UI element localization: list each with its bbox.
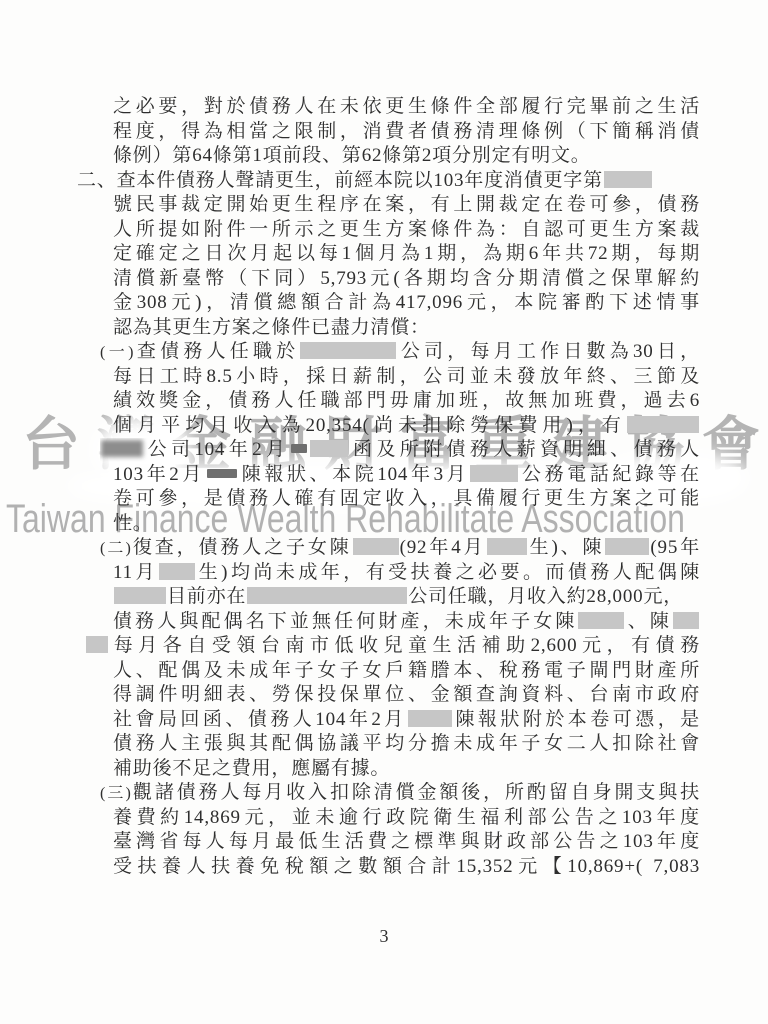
text-line: 103年2月陳報狀、本院104年3月公務電話紀錄等在 <box>113 463 700 488</box>
text-segment: 債務人與配偶名下並無任何財產，未成年子女陳 <box>113 611 577 632</box>
page-number: 3 <box>0 926 768 947</box>
text-segment: (92年4月 <box>400 537 486 558</box>
text-line: 債務人與配偶名下並無任何財產，未成年子女陳、陳 <box>113 610 700 635</box>
text-line: 臺灣省每人每月最低生活費之標準與財政部公告之103年度 <box>113 830 700 855</box>
redaction-box <box>247 587 407 604</box>
redaction-box <box>114 587 166 604</box>
text-segment: 績效獎金，債務人任職部門毋庸加班，故無加班費，過去6 <box>113 390 700 411</box>
text-segment: 二、查本件債務人聲請更生，前經本院以103年度消債更字第 <box>77 170 603 191</box>
text-segment: 生)、陳 <box>528 537 605 558</box>
text-line: 定確定之日次月起以每1個月為1期，為期6年共72期，每期 <box>113 242 700 267</box>
text-line: 程度，得為相當之限制，消費者債務清理條例（下簡稱消債 <box>113 120 700 145</box>
text-line: 每月各自受領台南市低收兒童生活補助2,600元，有債務 <box>85 634 700 659</box>
text-line: (二)復查，債務人之子女陳(92年4月生)、陳(95年 <box>100 536 700 561</box>
text-segment: 查債務人任職於 <box>133 341 299 362</box>
text-segment: 認為其更生方案之條件已盡力清償： <box>113 317 430 338</box>
redaction-box <box>605 538 649 555</box>
redaction-box <box>470 465 518 482</box>
text-segment: 程度，得為相當之限制，消費者債務清理條例（下簡稱消債 <box>113 121 700 142</box>
text-line: 性。 <box>113 512 700 537</box>
text-segment: 條例）第64條第1項前段、第62條第2項分別定有明文。 <box>113 145 591 166</box>
text-segment: 公司104年2月 <box>144 439 289 460</box>
text-segment: 性。 <box>113 513 153 534</box>
text-segment: 公務電話紀錄等在 <box>519 464 700 485</box>
redaction-smudge <box>101 440 143 457</box>
text-segment: 補助後不足之費用，應屬有據。 <box>113 758 390 779</box>
redaction-box <box>159 563 195 580</box>
text-segment: 103年2月 <box>113 464 205 485</box>
text-segment: 號民事裁定開始更生程序在案，有上開裁定在卷可參，債務 <box>113 194 700 215</box>
list-marker: (一) <box>100 344 133 361</box>
text-segment: 11月 <box>113 562 158 583</box>
text-line: 得調件明細表、勞保投保單位、金額查詢資料、台南市政府 <box>113 683 700 708</box>
list-marker: (二) <box>100 540 131 557</box>
redaction-box <box>487 538 527 555</box>
text-line: 金308元)，清償總額合計為417,096元，本院審酌下述情事 <box>113 291 700 316</box>
text-line: (三)觀諸債務人每月收入扣除清償金額後，所酌留自身開支與扶 <box>100 781 700 806</box>
text-line: 補助後不足之費用，應屬有據。 <box>113 757 700 782</box>
text-segment: 函及所附債務人薪資明細、債務人 <box>349 439 700 460</box>
text-segment: 公司任職，月收入約28,000元， <box>408 586 683 607</box>
text-line: 之必要，對於債務人在未依更生條件全部履行完畢前之生活 <box>113 95 700 120</box>
redaction-box <box>604 171 652 188</box>
redaction-box <box>86 636 108 653</box>
redaction-box <box>300 342 396 359</box>
text-line: 認為其更生方案之條件已盡力清償： <box>113 316 700 341</box>
text-segment: 生)均尚未成年，有受扶養之必要。而債務人配偶陳 <box>196 562 700 583</box>
text-line: 債務人主張與其配偶協議平均分擔未成年子女二人扣除社會 <box>113 732 700 757</box>
text-line: 社會局回函、債務人104年2月陳報狀附於本卷可憑，是 <box>113 708 700 733</box>
text-segment: 公司，每月工作日數為30日， <box>397 341 700 362</box>
text-segment: 、陳 <box>625 611 672 632</box>
text-segment: 陳報狀附於本卷可憑，是 <box>453 709 700 730</box>
redaction-mark <box>291 444 307 453</box>
text-line: 公司104年2月函及所附債務人薪資明細、債務人 <box>100 438 700 463</box>
text-segment: 受扶養人扶養免稅額之數額合計15,352元【10,869+( 7,083 <box>113 856 700 877</box>
text-segment: 之必要，對於債務人在未依更生條件全部履行完畢前之生活 <box>113 96 700 117</box>
document-lines: 之必要，對於債務人在未依更生條件全部履行完畢前之生活程度，得為相當之限制，消費者… <box>0 95 768 879</box>
text-line: 個月平均月收入為20,354(尚未扣除勞保費用)，有 <box>113 414 700 439</box>
text-line: 每日工時8.5小時，採日薪制，公司並未發放年終、三節及 <box>113 365 700 390</box>
text-line: 目前亦在公司任職，月收入約28,000元， <box>113 585 700 610</box>
text-segment: 目前亦在 <box>167 586 246 607</box>
text-segment: 陳報狀、本院104年3月 <box>239 464 469 485</box>
text-line: 卷可參，是債務人確有固定收入，具備履行更生方案之可能 <box>113 487 700 512</box>
text-line: 二、查本件債務人聲請更生，前經本院以103年度消債更字第 <box>77 169 700 194</box>
text-segment: 個月平均月收入為20,354(尚未扣除勞保費用)，有 <box>113 415 626 436</box>
text-segment: 臺灣省每人每月最低生活費之標準與財政部公告之103年度 <box>113 831 700 852</box>
text-segment: (95年 <box>650 537 700 558</box>
redaction-box <box>627 416 699 433</box>
redaction-box <box>578 612 624 629</box>
text-line: 受扶養人扶養免稅額之數額合計15,352元【10,869+( 7,083 <box>113 855 700 880</box>
text-line: 清償新臺幣（下同）5,793元(各期均含分期清償之保單解約 <box>113 267 700 292</box>
list-marker: (三) <box>100 785 131 802</box>
text-segment: 社會局回函、債務人104年2月 <box>113 709 407 730</box>
text-line: 人所提如附件一所示之更生方案條件為：自認可更生方案裁 <box>113 218 700 243</box>
text-line: 號民事裁定開始更生程序在案，有上開裁定在卷可參，債務 <box>113 193 700 218</box>
text-segment: 卷可參，是債務人確有固定收入，具備履行更生方案之可能 <box>113 488 700 509</box>
text-line: 11月生)均尚未成年，有受扶養之必要。而債務人配偶陳 <box>113 561 700 586</box>
redaction-box <box>673 612 699 629</box>
text-line: 績效獎金，債務人任職部門毋庸加班，故無加班費，過去6 <box>113 389 700 414</box>
text-line: (一)查債務人任職於公司，每月工作日數為30日， <box>100 340 700 365</box>
text-segment: 金308元)，清償總額合計為417,096元，本院審酌下述情事 <box>113 292 700 313</box>
text-segment: 人、配偶及未成年子女子女戶籍謄本、稅務電子閘門財產所 <box>113 660 700 681</box>
text-line: 人、配偶及未成年子女子女戶籍謄本、稅務電子閘門財產所 <box>113 659 700 684</box>
text-segment: 定確定之日次月起以每1個月為1期，為期6年共72期，每期 <box>113 243 700 264</box>
redaction-box <box>408 710 452 727</box>
text-segment: 每月各自受領台南市低收兒童生活補助2,600元，有債務 <box>109 635 700 656</box>
text-line: 養費約14,869元，並未逾行政院衛生福利部公告之103年度 <box>113 806 700 831</box>
text-line: 條例）第64條第1項前段、第62條第2項分別定有明文。 <box>113 144 700 169</box>
text-segment: 觀諸債務人每月收入扣除清償金額後，所酌留自身開支與扶 <box>131 782 700 803</box>
redaction-mark <box>207 469 237 478</box>
text-segment: 得調件明細表、勞保投保單位、金額查詢資料、台南市政府 <box>113 684 700 705</box>
redaction-box <box>310 440 348 457</box>
text-segment: 債務人主張與其配偶協議平均分擔未成年子女二人扣除社會 <box>113 733 700 754</box>
redaction-box <box>353 538 399 555</box>
text-segment: 復查，債務人之子女陳 <box>131 537 352 558</box>
text-segment: 養費約14,869元，並未逾行政院衛生福利部公告之103年度 <box>113 807 700 828</box>
document-page: 台灣金融財富重建協會 Taiwan Finance Wealth Rehabil… <box>0 0 768 1024</box>
text-segment: 每日工時8.5小時，採日薪制，公司並未發放年終、三節及 <box>113 366 700 387</box>
text-segment: 人所提如附件一所示之更生方案條件為：自認可更生方案裁 <box>113 219 700 240</box>
text-segment: 清償新臺幣（下同）5,793元(各期均含分期清償之保單解約 <box>113 268 700 289</box>
